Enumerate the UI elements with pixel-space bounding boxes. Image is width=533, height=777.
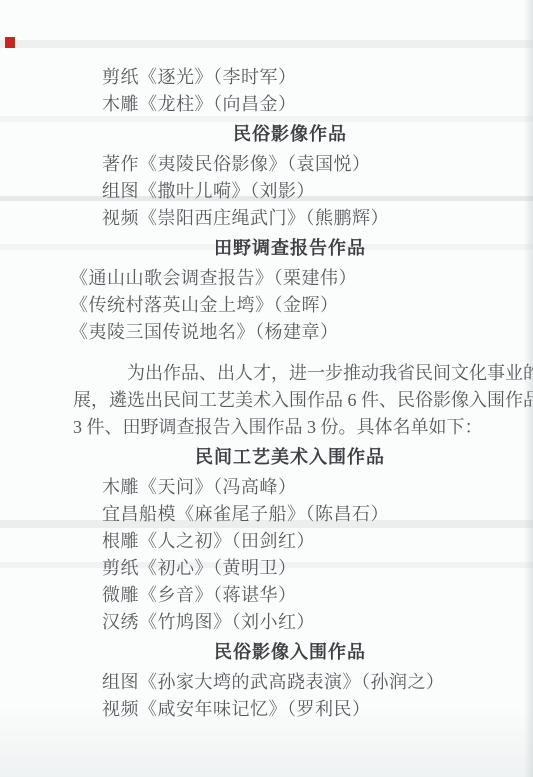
work-item: 木雕《天问》（冯高峰） xyxy=(102,474,483,501)
work-item: 组图《孙家大塆的武高跷表演》（孙润之） xyxy=(102,669,483,696)
red-stamp-mark xyxy=(5,37,15,48)
work-item: 宜昌船模《麻雀尾子船》（陈昌石） xyxy=(102,501,483,528)
paragraph-line: 展，遴选出民间工艺美术入围作品 6 件、民俗影像入围作品 xyxy=(73,387,483,414)
work-item: 剪纸《逐光》（李时军） xyxy=(102,64,483,91)
work-item: 《夷陵三国传说地名》（杨建章） xyxy=(70,319,483,346)
section-heading: 民俗影像入围作品 xyxy=(85,639,495,666)
work-item: 视频《崇阳西庄绳武门》（熊鹏辉） xyxy=(102,205,483,232)
scan-edge-shading xyxy=(524,0,533,777)
work-item: 著作《夷陵民俗影像》（袁国悦） xyxy=(102,151,483,178)
document-body: 剪纸《逐光》（李时军） 木雕《龙柱》（向昌金） 民俗影像作品 著作《夷陵民俗影像… xyxy=(73,0,483,723)
work-item: 组图《撒叶儿嗬》（刘影） xyxy=(102,178,483,205)
section-heading: 民俗影像作品 xyxy=(85,121,495,148)
paragraph-line: 为出作品、出人才，进一步推动我省民间文化事业的发 xyxy=(73,360,483,387)
work-item: 微雕《乡音》（蒋谌华） xyxy=(102,582,483,609)
document-page: 剪纸《逐光》（李时军） 木雕《龙柱》（向昌金） 民俗影像作品 著作《夷陵民俗影像… xyxy=(0,0,533,777)
work-item: 《传统村落英山金上塆》（金晖） xyxy=(70,292,483,319)
work-item: 根雕《人之初》（田剑红） xyxy=(102,528,483,555)
work-item: 视频《咸安年味记忆》（罗利民） xyxy=(102,696,483,723)
section-heading: 田野调查报告作品 xyxy=(85,235,495,262)
paragraph-line: 3 件、田野调查报告入围作品 3 份。具体名单如下： xyxy=(73,414,483,441)
work-item: 剪纸《初心》（黄明卫） xyxy=(102,555,483,582)
work-item: 汉绣《竹鸠图》（刘小红） xyxy=(102,609,483,636)
work-item: 木雕《龙柱》（向昌金） xyxy=(102,91,483,118)
work-item: 《通山山歌会调查报告》（栗建伟） xyxy=(70,265,483,292)
section-heading: 民间工艺美术入围作品 xyxy=(85,444,495,471)
